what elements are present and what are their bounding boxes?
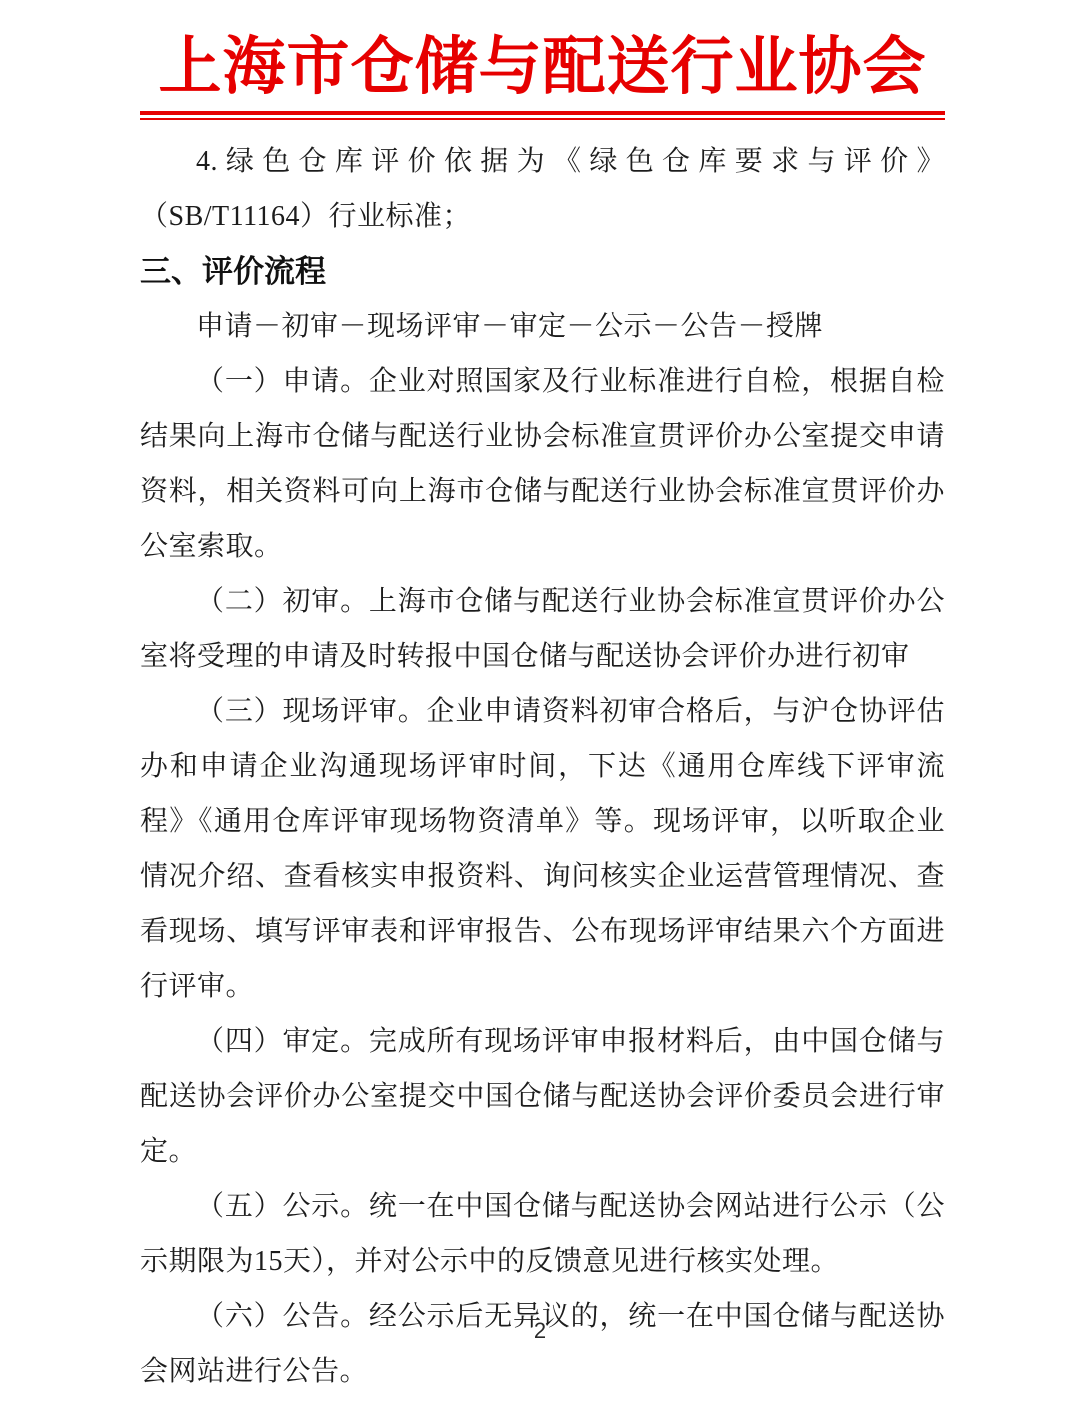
paragraph-publicity: （五）公示。统一在中国仓储与配送协会网站进行公示（公示期限为15天），并对公示中…: [140, 1179, 945, 1289]
page-number: 2: [0, 1318, 1080, 1344]
document-body: 4.绿色仓库评价依据为《绿色仓库要求与评价》（SB/T11164）行业标准； 三…: [140, 134, 945, 1399]
page-content: 上海市仓储与配送行业协会 4.绿色仓库评价依据为《绿色仓库要求与评价》（SB/T…: [140, 0, 945, 1399]
document-page: 上海市仓储与配送行业协会 4.绿色仓库评价依据为《绿色仓库要求与评价》（SB/T…: [0, 0, 1080, 1428]
letterhead-title: 上海市仓储与配送行业协会: [140, 0, 945, 105]
paragraph-final-review: （四）审定。完成所有现场评审申报材料后，由中国仓储与配送协会评价办公室提交中国仓…: [140, 1014, 945, 1179]
section-heading: 三、评价流程: [140, 244, 945, 299]
letterhead-double-rule: [140, 111, 945, 120]
paragraph-preliminary-review: （二）初审。上海市仓储与配送行业协会标准宣贯评价办公室将受理的申请及时转报中国仓…: [140, 574, 945, 684]
paragraph-application: （一）申请。企业对照国家及行业标准进行自检，根据自检结果向上海市仓储与配送行业协…: [140, 354, 945, 574]
paragraph-onsite-review: （三）现场评审。企业申请资料初审合格后，与沪仓协评估办和申请企业沟通现场评审时间…: [140, 684, 945, 1014]
paragraph-announcement: （六）公告。经公示后无异议的，统一在中国仓储与配送协会网站进行公告。: [140, 1289, 945, 1399]
evaluation-flow-line: 申请－初审－现场评审－审定－公示－公告－授牌: [140, 299, 945, 354]
intro-paragraph: 4.绿色仓库评价依据为《绿色仓库要求与评价》（SB/T11164）行业标准；: [140, 134, 945, 244]
